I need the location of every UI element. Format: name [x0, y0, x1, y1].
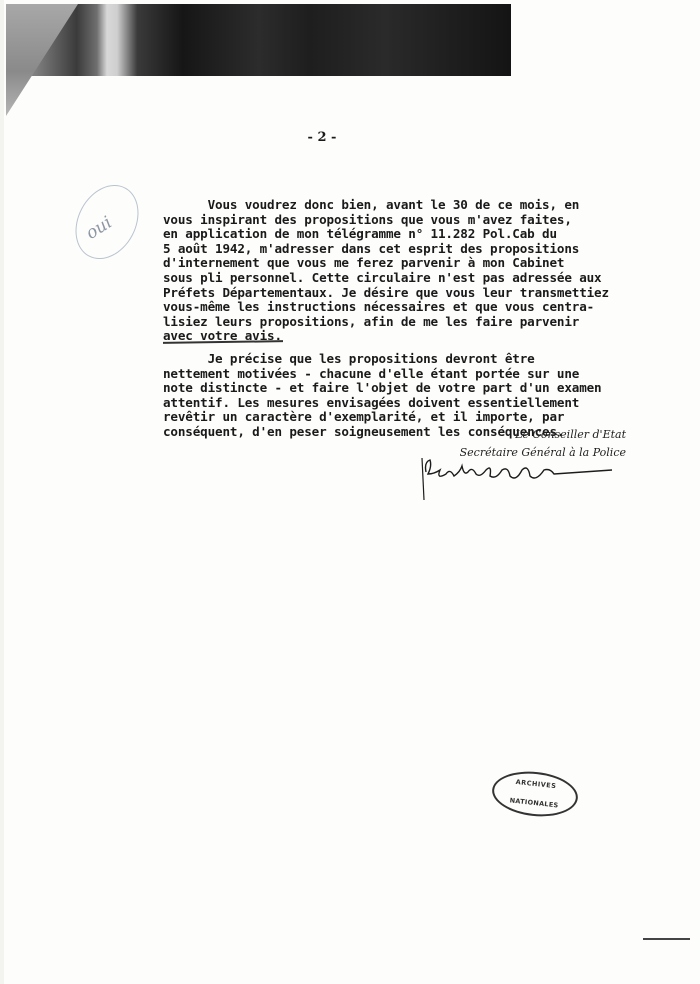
text-line: note distincte - et faire l'objet de vot…: [163, 381, 683, 396]
page-edge: [0, 0, 4, 984]
text-line: revêtir un caractère d'exemplarité, et i…: [163, 410, 683, 425]
text-line: vous-même les instructions nécessaires e…: [163, 300, 683, 315]
text-line: lisiez leurs propositions, afin de me le…: [163, 315, 683, 330]
archive-stamp-bottom: NATIONALES: [493, 795, 575, 812]
text-line: 5 août 1942, m'adresser dans cet esprit …: [163, 242, 683, 257]
page-number: - 2 -: [297, 130, 347, 145]
text-line: d'internement que vous me ferez parvenir…: [163, 256, 683, 271]
scan-artifact-line: [643, 938, 690, 940]
paragraph-1: Vous voudrez donc bien, avant le 30 de c…: [163, 198, 683, 344]
signatory-title-1: Le Conseiller d'Etat: [440, 428, 626, 441]
text-line: Préfets Départementaux. Je désire que vo…: [163, 286, 683, 301]
text-line: nettement motivées - chacune d'elle étan…: [163, 367, 683, 382]
text-line: en application de mon télégramme n° 11.2…: [163, 227, 683, 242]
text-line: vous inspirant des propositions que vous…: [163, 213, 683, 228]
archive-stamp-top: ARCHIVES: [495, 776, 577, 793]
text-line: Je précise que les propositions devront …: [163, 352, 683, 367]
text-line: attentif. Les mesures envisagées doivent…: [163, 396, 683, 411]
handwritten-signature: [416, 452, 616, 502]
text-line: Vous voudrez donc bien, avant le 30 de c…: [163, 198, 683, 213]
archive-stamp: ARCHIVES NATIONALES: [490, 768, 580, 821]
text-line: sous pli personnel. Cette circulaire n'e…: [163, 271, 683, 286]
scan-dark-band: [6, 4, 511, 76]
paragraph-2: Je précise que les propositions devront …: [163, 352, 683, 440]
